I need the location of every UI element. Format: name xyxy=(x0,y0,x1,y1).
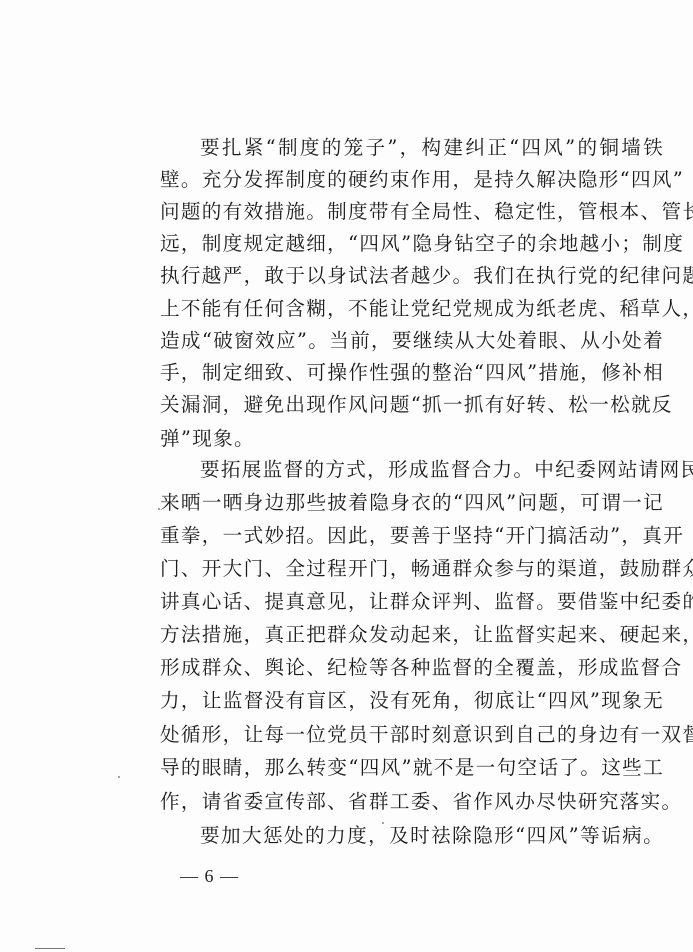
page-number: — 6 — xyxy=(180,864,239,888)
scan-speck xyxy=(468,724,470,726)
paragraph-1-line-9: 关漏洞，避免出现作风问题“抓一抓有好转、松一松就反 xyxy=(160,390,664,420)
paragraph-1-line-6: 上不能有任何含糊，不能让党纪党规成为纸老虎、稻草人， xyxy=(160,294,664,324)
paragraph-3-line-1: 要加大惩处的力度，及时祛除隐形“四风”等诟病。 xyxy=(200,821,664,851)
paragraph-1-line-4: 远，制度规定越细，“四风”隐身钻空子的余地越小；制度 xyxy=(160,229,664,259)
paragraph-1-line-7: 造成“破窗效应”。当前，要继续从大处着眼、从小处着 xyxy=(160,326,664,356)
paragraph-2-line-3: 重拳，一式妙招。因此，要善于坚持“开门搞活动”，真开 xyxy=(160,521,664,551)
paragraph-2-line-2: 来晒一晒身边那些披着隐身衣的“四风”问题，可谓一记 xyxy=(160,488,664,518)
paragraph-2-line-5: 讲真心话、提真意见，让群众评判、监督。要借鉴中纪委的 xyxy=(160,587,664,617)
scan-speck xyxy=(382,822,384,824)
paragraph-2-line-1: 要拓展监督的方式，形成监督合力。中纪委网站请网民 xyxy=(200,455,664,485)
paragraph-1-line-10: 弹”现象。 xyxy=(160,424,664,454)
paragraph-2-line-11: 作，请省委宣传部、省群工委、省作风办尽快研究落实。 xyxy=(160,787,664,817)
scan-speck xyxy=(118,776,120,778)
paragraph-2-line-6: 方法措施，真正把群众发动起来，让监督实起来、硬起来， xyxy=(160,620,664,650)
scan-edge-mark xyxy=(35,948,65,949)
document-page: 要扎紧“制度的笼子”，构建纠正“四风”的铜墙铁 壁。充分发挥制度的硬约束作用，是… xyxy=(0,0,693,952)
paragraph-1-line-3: 问题的有效措施。制度带有全局性、稳定性，管根本、管长 xyxy=(160,197,664,227)
paragraph-1-line-5: 执行越严，敢于以身试法者越少。我们在执行党的纪律问题 xyxy=(160,261,664,291)
paragraph-2-line-10: 导的眼睛，那么转变“四风”就不是一句空话了。这些工 xyxy=(160,753,664,783)
paragraph-1-line-2: 壁。充分发挥制度的硬约束作用，是持久解决隐形“四风” xyxy=(160,165,664,195)
paragraph-2-line-9: 处循形，让每一位党员干部时刻意识到自己的身边有一双督 xyxy=(160,720,664,750)
paragraph-1-line-1: 要扎紧“制度的笼子”，构建纠正“四风”的铜墙铁 xyxy=(200,133,664,163)
scan-speck xyxy=(158,508,160,510)
paragraph-1-line-8: 手，制定细致、可操作性强的整治“四风”措施，修补相 xyxy=(160,358,664,388)
paragraph-2-line-4: 门、开大门、全过程开门，畅通群众参与的渠道，鼓励群众 xyxy=(160,554,664,584)
paragraph-2-line-7: 形成群众、舆论、纪检等各种监督的全覆盖，形成监督合 xyxy=(160,653,664,683)
paragraph-2-line-8: 力，让监督没有盲区，没有死角，彻底让“四风”现象无 xyxy=(160,686,664,716)
